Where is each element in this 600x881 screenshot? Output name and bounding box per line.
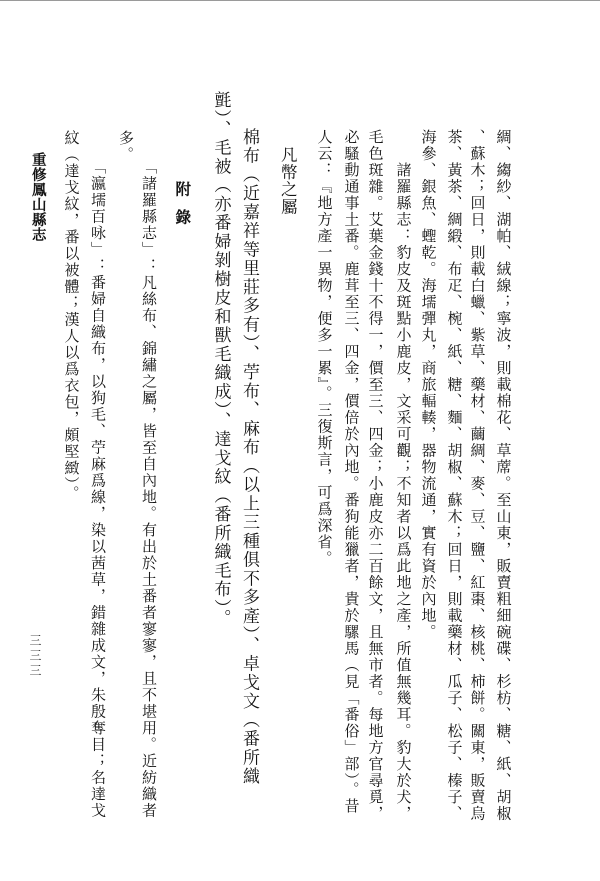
zhuluo-note-line-1: 諸羅縣志：豹皮及斑點小鹿皮，文采可觀；不知者以爲此地之產，所值無幾耳。豹大於犬， bbox=[396, 162, 411, 822]
appendix-entry-1-line-1: 「諸羅縣志」：凡絲布、錦繡之屬，皆至自內地。有出於土番者寥寥，且不堪用。近紡織者 bbox=[141, 159, 156, 819]
zhuluo-note-line-3: 必騷動通事土番。鹿茸至三、四金，價倍於內地。番狗能獵者，貴於騾馬（見「番俗」部）… bbox=[344, 129, 359, 815]
section-heading-textiles: 凡幣之屬 bbox=[279, 146, 296, 215]
appendix-entry-1-line-2: 多。 bbox=[118, 130, 133, 163]
trade-passage-line-1: 綢、縐紗、湖帕、絨線；寧波，則載棉花、草蓆。至山東，販賣粗細碗碟、杉枋、糖、紙、… bbox=[496, 129, 511, 822]
section-heading-appendix: 附錄 bbox=[175, 181, 191, 237]
trade-passage-line-3: 茶、黃茶、綢緞、布疋、椀、紙、糖、麵、胡椒、蘇木；回日，則載藥材、瓜子、松子、榛… bbox=[447, 129, 462, 822]
appendix-entry-2-line-2: 紋（達戈紋，番以被體；漢人以爲衣包，頗堅緻）。 bbox=[64, 130, 79, 502]
trade-passage-line-2: 、蘇木；回日，則載白蠟、紫草、藥材、繭綢、麥、豆、鹽、紅棗、核桃、柿餅。關東，販… bbox=[470, 129, 485, 822]
textiles-line-1: 棉布（近嘉祥等里莊多有）、苧布、麻布（以上三種俱不多產）、卓戈文（番所織 bbox=[240, 128, 257, 786]
trade-passage-line-4: 海參、銀魚、蟶乾。海壖彈丸，商旅輻輳，器物流通，實有資於內地。 bbox=[421, 129, 436, 641]
zhuluo-note-line-4: 人云：『地方產一異物，便多一累』。三復斯言，可爲深省。 bbox=[317, 129, 332, 567]
appendix-entry-2-line-1: 「瀛壖百咏」：番婦自織布，以狗毛、苧麻爲線，染以茜草，錯雜成文，朱殷奪目；名達戈 bbox=[90, 159, 105, 819]
zhuluo-note-line-2: 毛色斑雜。艾葉金錢十不得一，價至三、四金；小鹿皮亦二百餘文，且無市者。每地方官尋… bbox=[368, 129, 383, 822]
running-title: 重修鳳山縣志 bbox=[30, 152, 45, 242]
page-top-edge bbox=[0, 0, 600, 1]
page-number: 三三三 bbox=[29, 634, 41, 679]
textiles-line-2: 氈）、毛被（亦番婦剝樹皮和獸毛織成）、達戈紋（番所織毛布）。 bbox=[212, 91, 229, 628]
